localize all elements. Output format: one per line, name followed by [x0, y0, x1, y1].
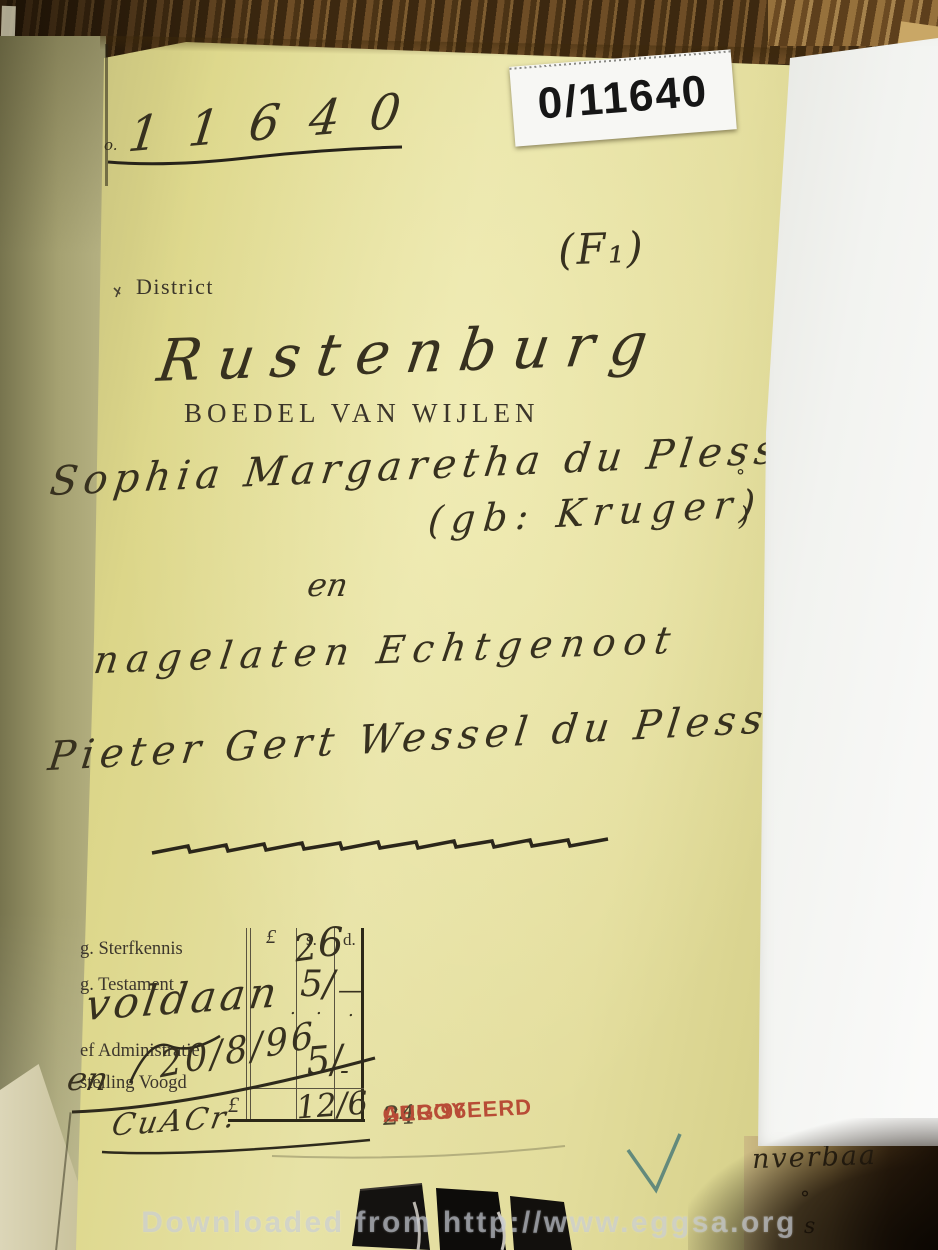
faint-pencil-stroke	[270, 1142, 570, 1162]
watermark-text: Downloaded from http://www.eggsa.org	[0, 1206, 938, 1240]
filing-mark: (F₁)	[557, 223, 645, 275]
stamp-date: AUG'96	[382, 1098, 468, 1128]
fee-row-sterfkennis: g. Sterfkennis	[80, 938, 246, 960]
district-tick-icon	[112, 284, 128, 300]
conjunction-en: en	[305, 566, 351, 604]
boedel-heading: BOEDEL VAN WIJLEN	[184, 398, 540, 429]
fee-row-label: g. Sterfkennis	[80, 939, 183, 960]
district-label: District	[136, 274, 214, 300]
fee-dot: .	[348, 1000, 354, 1021]
checkmark-icon	[618, 1128, 690, 1202]
ink-fragment: )	[739, 502, 749, 532]
archive-reference-number: 0/11640	[536, 66, 710, 129]
col-header-pound: £	[266, 926, 276, 949]
margin-annotation: en	[64, 1060, 112, 1098]
fee-dot: .	[290, 998, 296, 1019]
ink-fragment: °	[736, 466, 745, 487]
fee-value: 6	[318, 920, 343, 966]
fee-dot: .	[316, 998, 322, 1019]
case-number-underline	[106, 142, 406, 168]
archive-photo-scene: o. 11640 (F₁) District Rustenburg BOEDEL…	[0, 0, 938, 1250]
col-header-pence: d.	[343, 930, 356, 950]
zigzag-flourish	[150, 832, 615, 858]
